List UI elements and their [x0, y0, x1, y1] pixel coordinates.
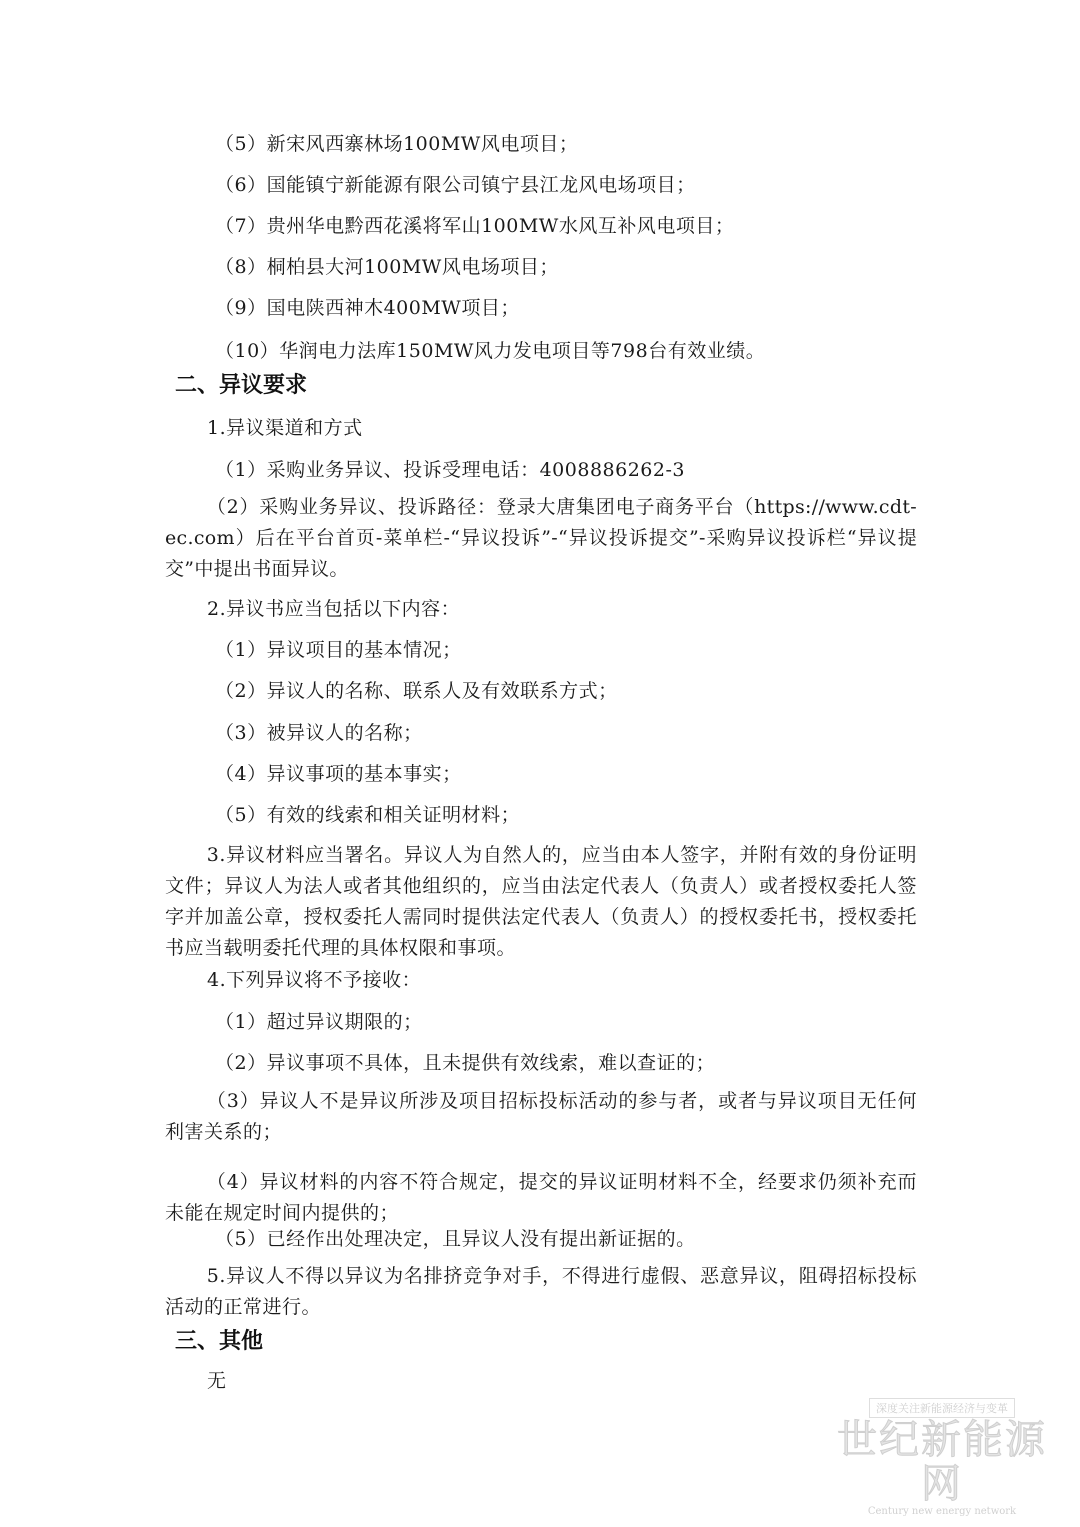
objection-content-item-4: （4）异议事项的基本事实；	[165, 760, 967, 788]
watermark: 深度关注新能源经济与变革 世纪新能源网 Century new energy n…	[822, 1397, 1062, 1517]
rejected-objection-4: （4）异议材料的内容不符合规定，提交的异议证明材料不全，经要求仍须补充而未能在规…	[165, 1167, 917, 1229]
watermark-logo-text: 世纪新能源网	[822, 1418, 1062, 1506]
objection-path: （2）采购业务异议、投诉路径：登录大唐集团电子商务平台（https://www.…	[165, 492, 917, 585]
objection-content-title: 2.异议书应当包括以下内容：	[165, 595, 959, 623]
watermark-english: Century new energy network	[822, 1506, 1062, 1517]
other-content: 无	[165, 1367, 959, 1395]
objection-content-item-1: （1）异议项目的基本情况；	[165, 636, 967, 664]
section-heading-other: 三、其他	[175, 1327, 263, 1357]
watermark-tagline: 深度关注新能源经济与变革	[869, 1398, 1015, 1418]
project-item-5: （5）新宋风西寨林场100MW风电项目；	[165, 130, 967, 158]
section-heading-objection-requirements: 二、异议要求	[175, 371, 307, 401]
objection-content-item-3: （3）被异议人的名称；	[165, 719, 967, 747]
objection-content-item-2: （2）异议人的名称、联系人及有效联系方式；	[165, 677, 967, 705]
objection-conduct-rule: 5.异议人不得以异议为名排挤竞争对手，不得进行虚假、恶意异议，阻碍招标投标活动的…	[165, 1261, 917, 1323]
project-item-8: （8）桐柏县大河100MW风电场项目；	[165, 253, 967, 281]
objection-phone: （1）采购业务异议、投诉受理电话：4008886262-3	[165, 456, 967, 484]
objection-content-item-5: （5）有效的线索和相关证明材料；	[165, 801, 967, 829]
project-item-10: （10）华润电力法库150MW风力发电项目等798台有效业绩。	[165, 337, 967, 365]
rejected-objection-3: （3）异议人不是异议所涉及项目招标投标活动的参与者，或者与异议项目无任何利害关系…	[165, 1086, 917, 1148]
rejected-objection-1: （1）超过异议期限的；	[165, 1008, 967, 1036]
objection-signature-requirement: 3.异议材料应当署名。异议人为自然人的，应当由本人签字，并附有效的身份证明文件；…	[165, 840, 917, 964]
project-item-9: （9）国电陕西神木400MW项目；	[165, 294, 967, 322]
project-item-7: （7）贵州华电黔西花溪将军山100MW水风互补风电项目；	[165, 212, 967, 240]
project-item-6: （6）国能镇宁新能源有限公司镇宁县江龙风电场项目；	[165, 171, 967, 199]
objection-channel-title: 1.异议渠道和方式	[165, 414, 959, 442]
rejected-objections-title: 4.下列异议将不予接收：	[165, 966, 959, 994]
rejected-objection-2: （2）异议事项不具体，且未提供有效线索，难以查证的；	[165, 1049, 967, 1077]
document-page: （5）新宋风西寨林场100MW风电项目； （6）国能镇宁新能源有限公司镇宁县江龙…	[0, 0, 1080, 1527]
rejected-objection-5: （5）已经作出处理决定，且异议人没有提出新证据的。	[165, 1225, 967, 1253]
